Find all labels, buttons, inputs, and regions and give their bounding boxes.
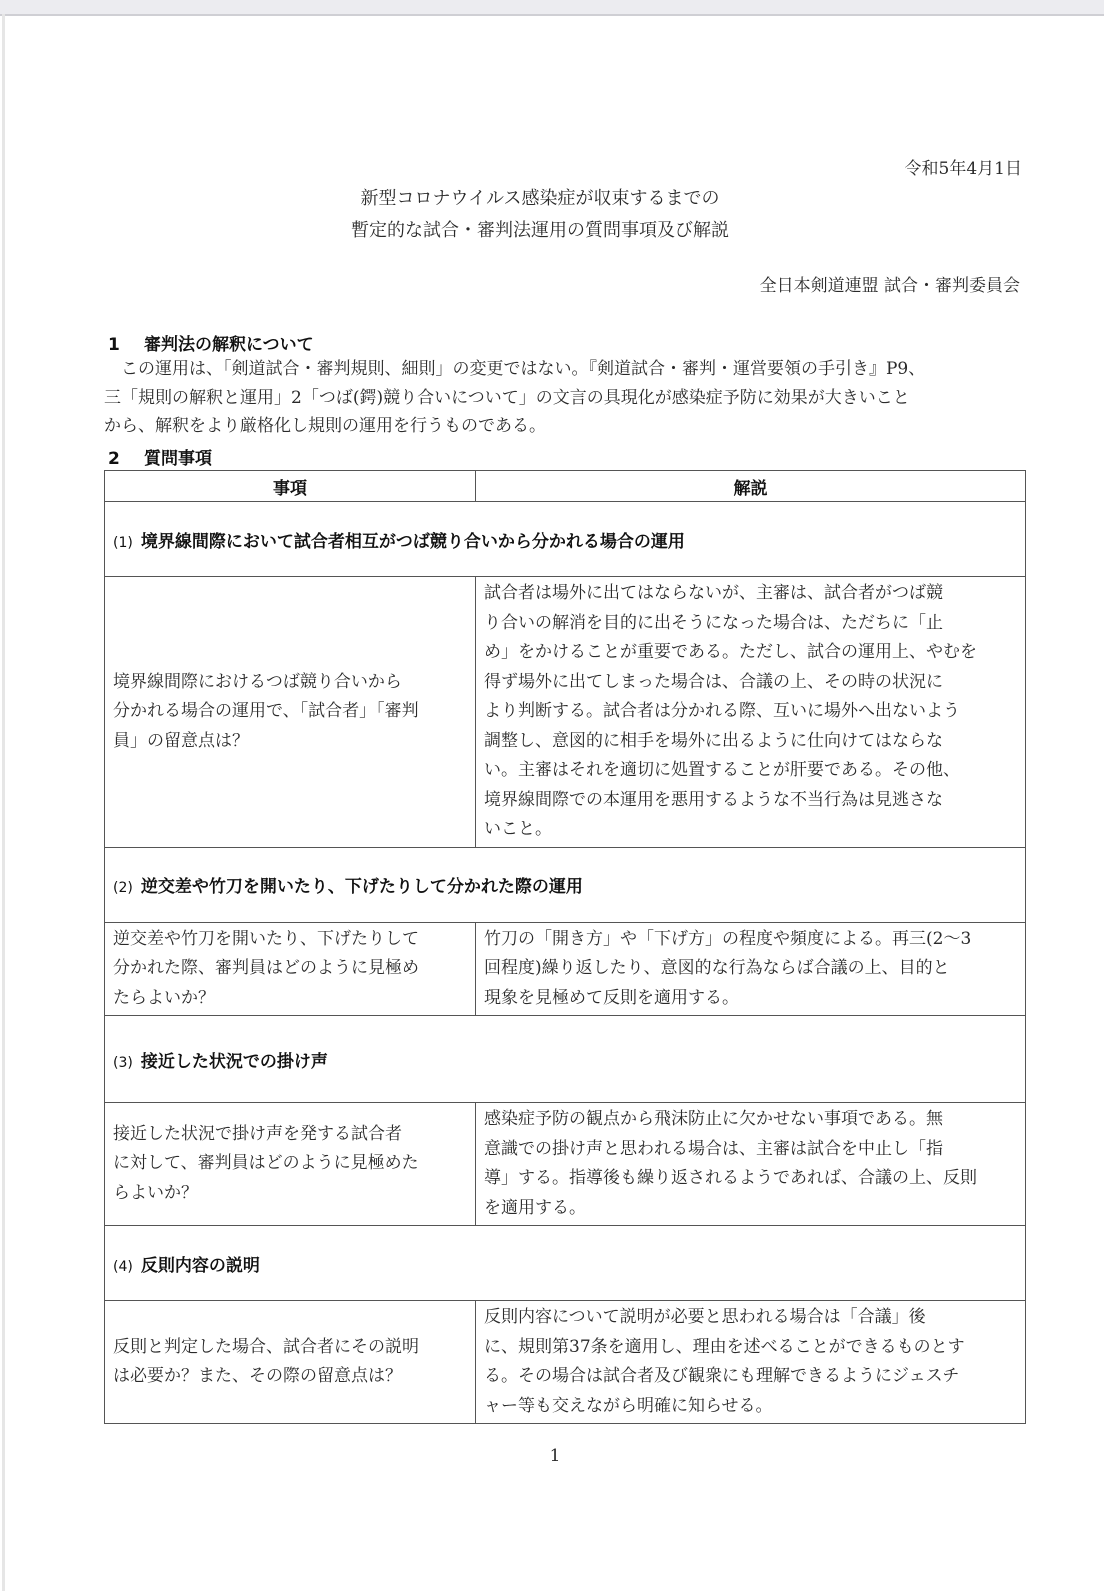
answer-line: ャー等も交えながら明確に知らせる。	[484, 1392, 1017, 1422]
section-2-heading: 2質問事項	[108, 444, 212, 469]
answer-line: り合いの解消を目的に出そうになった場合は、ただちに「止	[484, 609, 1017, 639]
table-row: 反則と判定した場合、試合者にその説明 は必要か？また、その際の留意点は？ 反則内…	[105, 1301, 1026, 1424]
page-number: 1	[0, 1446, 1104, 1466]
answer-line: 意識での掛け声と思われる場合は、主審は試合を中止し「指	[484, 1135, 1017, 1165]
question-line: たらよいか？	[113, 984, 467, 1014]
question-line: に対して、審判員はどのように見極めた	[113, 1149, 467, 1179]
category-title: 接近した状況での掛け声	[141, 1052, 328, 1072]
answer-line: 得ず場外に出てしまった場合は、合議の上、その時の状況に	[484, 668, 1017, 698]
section-1-heading: 1審判法の解釈について	[108, 330, 314, 355]
answer-line: 感染症予防の観点から飛沫防止に欠かせない事項である。無	[484, 1105, 1017, 1135]
section-1-paragraph: この運用は、「剣道試合・審判規則、細則」の変更ではない。『剣道試合・審判・運営要…	[104, 355, 1024, 441]
category-row: (4)反則内容の説明	[105, 1226, 1026, 1301]
question-cell: 境界線間際におけるつば競り合いから 分かれる場合の運用で、「試合者」「審判 員」…	[105, 577, 476, 848]
column-header-explanation: 解説	[476, 471, 1026, 502]
question-line: 逆交差や竹刀を開いたり、下げたりして	[113, 925, 467, 955]
category-number: (4)	[113, 1259, 133, 1275]
category-title: 境界線間際において試合者相互がつば競り合いから分かれる場合の運用	[141, 532, 685, 552]
question-cell: 逆交差や竹刀を開いたり、下げたりして 分かれた際、審判員はどのように見極め たら…	[105, 922, 476, 1016]
answer-line: い。主審はそれを適切に処置することが肝要である。その他、	[484, 756, 1017, 786]
section-number: 2	[108, 449, 144, 469]
question-line: 境界線間際におけるつば競り合いから	[113, 668, 467, 698]
category-row: (3)接近した状況での掛け声	[105, 1016, 1026, 1103]
viewer-left-edge	[2, 14, 5, 1591]
category-number: (2)	[113, 880, 133, 896]
question-line: 員」の留意点は？	[113, 727, 467, 757]
answer-line: る。その場合は試合者及び観衆にも理解できるようにジェスチ	[484, 1362, 1017, 1392]
answer-line: を適用する。	[484, 1194, 1017, 1224]
answer-cell: 反則内容について説明が必要と思われる場合は「合議」後 に、規則第37条を適用し、…	[476, 1301, 1026, 1424]
document-title-line-2: 暫定的な試合・審判法運用の質問事項及び解説	[0, 216, 1092, 242]
question-line: 接近した状況で掛け声を発する試合者	[113, 1120, 467, 1150]
section-title: 質問事項	[144, 449, 212, 469]
question-line: 分かれた際、審判員はどのように見極め	[113, 954, 467, 984]
category-title: 逆交差や竹刀を開いたり、下げたりして分かれた際の運用	[141, 877, 583, 897]
answer-line: め」をかけることが重要である。ただし、試合の運用上、やむを	[484, 638, 1017, 668]
question-cell: 反則と判定した場合、試合者にその説明 は必要か？また、その際の留意点は？	[105, 1301, 476, 1424]
document-date: 令和5年4月1日	[905, 154, 1022, 179]
question-cell: 接近した状況で掛け声を発する試合者 に対して、審判員はどのように見極めた らよい…	[105, 1103, 476, 1226]
section-number: 1	[108, 335, 144, 355]
answer-line: 反則内容について説明が必要と思われる場合は「合議」後	[484, 1303, 1017, 1333]
question-line: 反則と判定した場合、試合者にその説明	[113, 1333, 467, 1363]
paragraph-line: から、解釈をより厳格化し規則の運用を行うものである。	[104, 412, 1024, 441]
category-title: 反則内容の説明	[141, 1256, 260, 1276]
answer-line: より判断する。試合者は分かれる際、互いに場外へ出ないよう	[484, 697, 1017, 727]
answer-line: 現象を見極めて反則を適用する。	[484, 984, 1017, 1014]
answer-cell: 竹刀の「開き方」や「下げ方」の程度や頻度による。再三(2〜3 回程度)繰り返した…	[476, 922, 1026, 1016]
table-row: 逆交差や竹刀を開いたり、下げたりして 分かれた際、審判員はどのように見極め たら…	[105, 922, 1026, 1016]
question-line: は必要か？また、その際の留意点は？	[113, 1362, 467, 1392]
answer-line: 境界線間際での本運用を悪用するような不当行為は見逃さな	[484, 786, 1017, 816]
answer-line: 試合者は場外に出てはならないが、主審は、試合者がつば競	[484, 579, 1017, 609]
answer-line: 導」する。指導後も繰り返されるようであれば、合議の上、反則	[484, 1164, 1017, 1194]
category-label: (3)接近した状況での掛け声	[105, 1016, 1026, 1103]
table-header-row: 事項 解説	[105, 471, 1026, 502]
table-row: 接近した状況で掛け声を発する試合者 に対して、審判員はどのように見極めた らよい…	[105, 1103, 1026, 1226]
paragraph-line: 三「規則の解釈と運用」2「つば(鍔)競り合いについて」の文言の具現化が感染症予防…	[104, 384, 1024, 413]
category-number: (1)	[113, 535, 133, 551]
category-label: (4)反則内容の説明	[105, 1226, 1026, 1301]
answer-line: 調整し、意図的に相手を場外に出るように仕向けてはならな	[484, 727, 1017, 757]
question-line: 分かれる場合の運用で、「試合者」「審判	[113, 697, 467, 727]
answer-line: 竹刀の「開き方」や「下げ方」の程度や頻度による。再三(2〜3	[484, 925, 1017, 955]
question-line: らよいか？	[113, 1179, 467, 1209]
paragraph-line: この運用は、「剣道試合・審判規則、細則」の変更ではない。『剣道試合・審判・運営要…	[104, 355, 1024, 384]
answer-cell: 試合者は場外に出てはならないが、主審は、試合者がつば競 り合いの解消を目的に出そ…	[476, 577, 1026, 848]
document-title-line-1: 新型コロナウイルス感染症が収束するまでの	[0, 184, 1092, 210]
issuing-organization: 全日本剣道連盟 試合・審判委員会	[760, 271, 1020, 296]
answer-cell: 感染症予防の観点から飛沫防止に欠かせない事項である。無 意識での掛け声と思われる…	[476, 1103, 1026, 1226]
answer-line: 回程度)繰り返したり、意図的な行為ならば合議の上、目的と	[484, 954, 1017, 984]
category-label: (2)逆交差や竹刀を開いたり、下げたりして分かれた際の運用	[105, 847, 1026, 922]
table-row: 境界線間際におけるつば競り合いから 分かれる場合の運用で、「試合者」「審判 員」…	[105, 577, 1026, 848]
answer-line: いこと。	[484, 815, 1017, 845]
section-title: 審判法の解釈について	[144, 335, 314, 355]
category-label: (1)境界線間際において試合者相互がつば競り合いから分かれる場合の運用	[105, 502, 1026, 577]
answer-line: に、規則第37条を適用し、理由を述べることができるものとす	[484, 1333, 1017, 1363]
category-row: (2)逆交差や竹刀を開いたり、下げたりして分かれた際の運用	[105, 847, 1026, 922]
category-number: (3)	[113, 1055, 133, 1071]
viewer-top-bar	[0, 0, 1104, 16]
category-row: (1)境界線間際において試合者相互がつば競り合いから分かれる場合の運用	[105, 502, 1026, 577]
qa-table: 事項 解説 (1)境界線間際において試合者相互がつば競り合いから分かれる場合の運…	[104, 470, 1026, 1424]
column-header-item: 事項	[105, 471, 476, 502]
